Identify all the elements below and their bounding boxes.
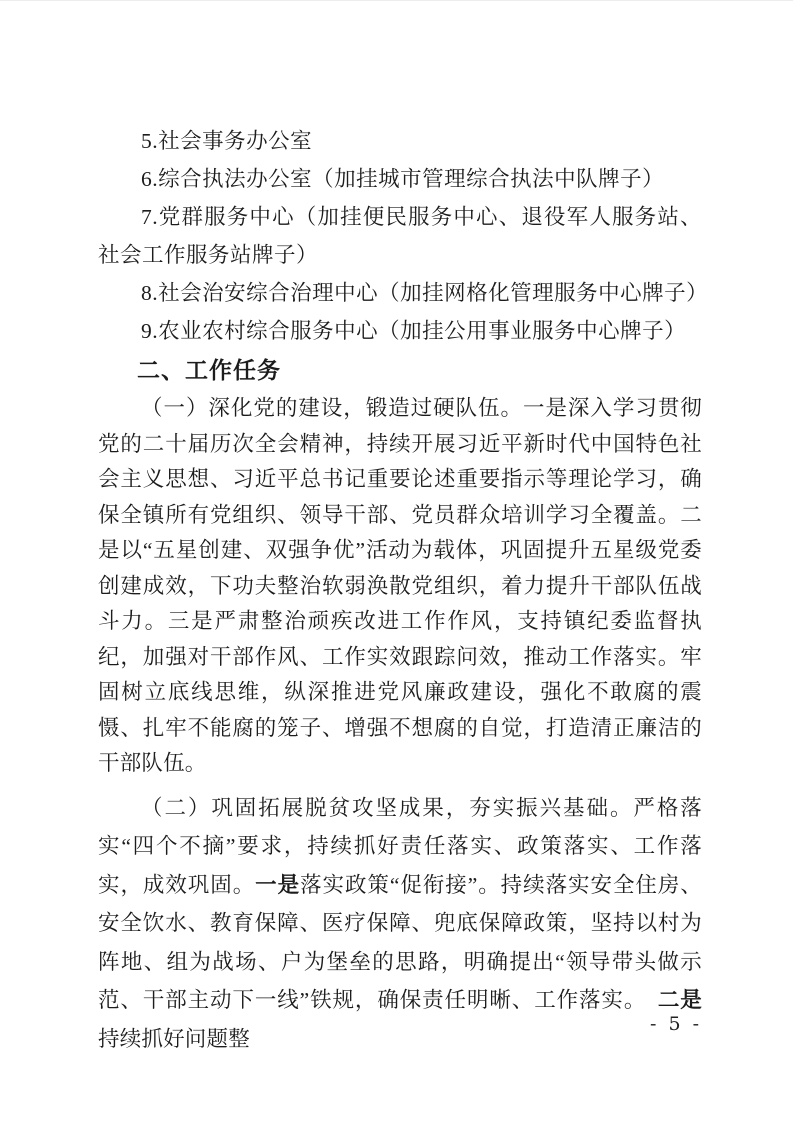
text-run: 持续抓好问题整 [98,1027,250,1051]
org-list-item-9: 9.农业农村综合服务中心（加挂公用事业服务中心牌子） [98,312,702,350]
org-list-item-5: 5.社会事务办公室 [98,122,702,160]
paragraph-party-building: （一）深化党的建设，锻造过硬队伍。一是深入学习贯彻党的二十届历次全会精神，持续开… [98,391,702,782]
paragraph-poverty-alleviation: （二）巩固拓展脱贫攻坚成果，夯实振兴基础。严格落实“四个不摘”要求，持续抓好责任… [98,789,702,1059]
document-page: 5.社会事务办公室 6.综合执法办公室（加挂城市管理综合执法中队牌子） 7.党群… [0,0,793,1123]
org-list-item-8: 8.社会治安综合治理中心（加挂网格化管理服务中心牌子） [98,274,702,312]
text-run: （一）深化党的建设，锻造过硬队伍。一是深入学习贯彻党的二十届历次全会精神，持续开… [98,396,702,775]
bold-run-yishi: 一是 [255,873,300,897]
org-list-item-7: 7.党群服务中心（加挂便民服务中心、退役军人服务站、社会工作服务站牌子） [98,198,702,274]
section-heading-work-tasks: 二、工作任务 [98,350,702,391]
document-content: 5.社会事务办公室 6.综合执法办公室（加挂城市管理综合执法中队牌子） 7.党群… [98,122,702,1058]
org-list-item-6: 6.综合执法办公室（加挂城市管理综合执法中队牌子） [98,160,702,198]
page-number: - 5 - [640,1012,712,1036]
bold-run-ershi: 二是 [658,988,702,1012]
